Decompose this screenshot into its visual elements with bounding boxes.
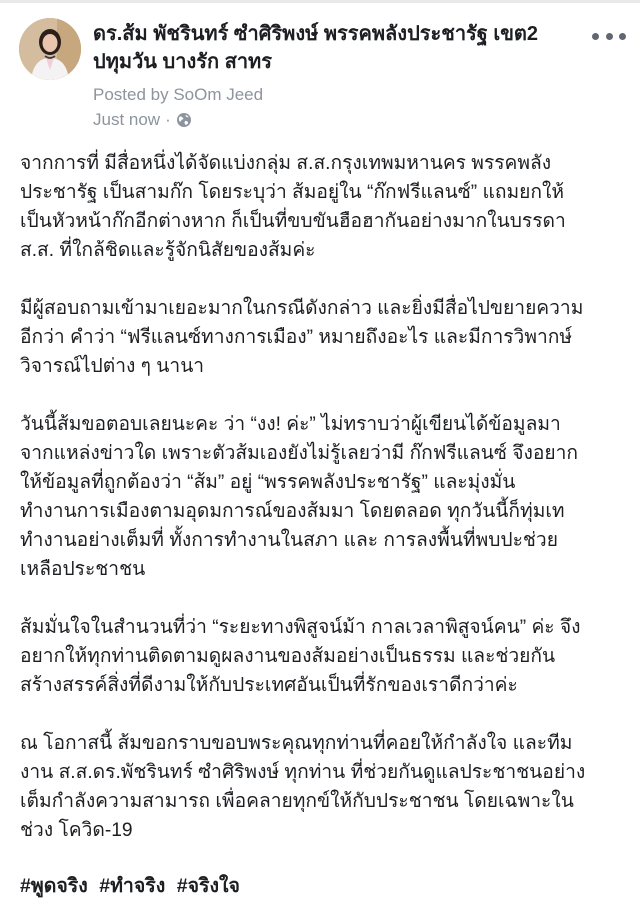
hashtag-link[interactable]: #จริงใจ (177, 875, 240, 897)
meta-separator: · (165, 109, 171, 131)
author-name[interactable]: ดร.ส้ม พัชรินทร์ ซำศิริพงษ์ พรรคพลังประช… (93, 20, 563, 76)
hashtag-link[interactable]: #พูดจริง (20, 875, 88, 897)
post-body: จากการที่ มีสื่อหนึ่งได้จัดแบ่งกลุ่ม ส.ส… (20, 149, 630, 874)
more-dot (606, 33, 613, 40)
post-paragraph-1: จากการที่ มีสื่อหนึ่งได้จัดแบ่งกลุ่ม ส.ส… (20, 149, 630, 265)
hashtag-link[interactable]: #ทำจริง (99, 875, 165, 897)
globe-icon[interactable] (176, 112, 192, 128)
avatar[interactable] (19, 18, 81, 80)
hashtags: #พูดจริง #ทำจริง #จริงใจ (20, 872, 246, 901)
post-paragraph-2: มีผู้สอบถามเข้ามาเยอะมากในกรณีดังกล่าว แ… (20, 294, 630, 381)
more-options-button[interactable] (592, 28, 626, 44)
post-paragraph-3: วันนี้ส้มขอตอบเลยนะคะ ว่า “งง! ค่ะ” ไม่ท… (20, 410, 630, 584)
profile-photo-icon (19, 18, 81, 80)
posted-by-label: Posted by SoOm Jeed (93, 84, 263, 106)
post-header: ดร.ส้ม พัชรินทร์ ซำศิริพงษ์ พรรคพลังประช… (0, 0, 640, 140)
post-paragraph-4: ส้มมั่นใจในสำนวนที่ว่า “ระยะทางพิสูจน์ม้… (20, 613, 630, 700)
post-meta: Just now · (93, 109, 192, 131)
timestamp[interactable]: Just now (93, 109, 160, 131)
post-paragraph-5: ณ โอกาสนี้ ส้มขอกราบขอบพระคุณทุกท่านที่ค… (20, 729, 630, 845)
more-dot (619, 33, 626, 40)
more-horizontal-icon (592, 33, 599, 40)
